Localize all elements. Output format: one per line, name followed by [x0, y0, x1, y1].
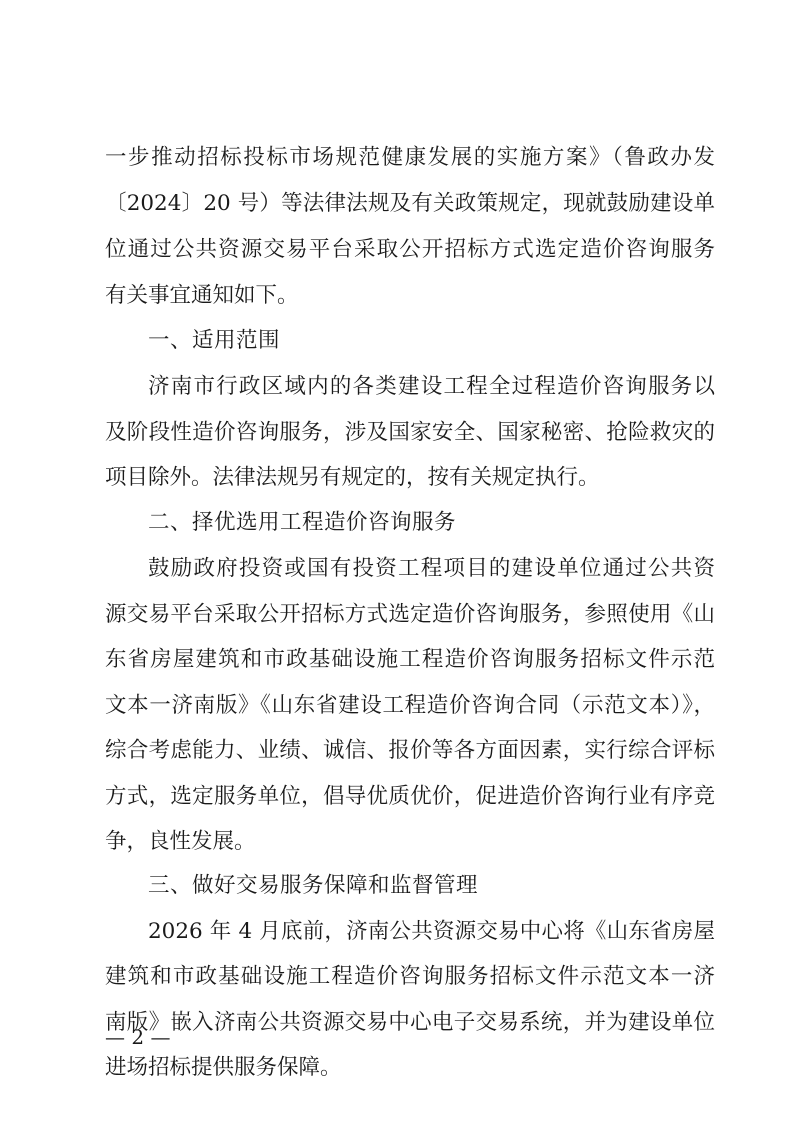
- section-heading-3: 三、做好交易服务保障和监督管理: [148, 871, 478, 901]
- section-1-line-1: 济南市行政区域内的各类建设工程全过程造价咨询服务以: [148, 372, 715, 402]
- section-2-line-3: 东省房屋建筑和市政基础设施工程造价咨询服务招标文件示范: [105, 645, 715, 675]
- document-page: 一步推动招标投标市场规范健康发展的实施方案》（鲁政办发 〔2024〕20 号）等…: [0, 0, 800, 1131]
- intro-line-2: 〔2024〕20 号）等法律法规及有关政策规定，现就鼓励建设单: [105, 189, 715, 219]
- intro-line-4: 有关事宜通知如下。: [105, 281, 715, 311]
- section-1-line-2: 及阶段性造价咨询服务，涉及国家安全、国家秘密、抢险救灾的: [105, 418, 715, 448]
- section-2-line-4: 文本一济南版》《山东省建设工程造价咨询合同（示范文本）》，: [105, 691, 715, 721]
- section-3-line-1: 2026 年 4 月底前，济南公共资源交易中心将《山东省房屋: [148, 917, 715, 947]
- intro-line-3: 位通过公共资源交易平台采取公开招标方式选定造价咨询服务: [105, 235, 715, 265]
- section-heading-1: 一、适用范围: [148, 326, 280, 356]
- intro-line-1: 一步推动招标投标市场规范健康发展的实施方案》（鲁政办发: [105, 143, 715, 173]
- page-number: — 2 —: [105, 1023, 170, 1051]
- section-3-line-2: 建筑和市政基础设施工程造价咨询服务招标文件示范文本一济: [105, 962, 715, 992]
- section-2-line-1: 鼓励政府投资或国有投资工程项目的建设单位通过公共资: [148, 554, 715, 584]
- section-2-line-5: 综合考虑能力、业绩、诚信、报价等各方面因素，实行综合评标: [105, 736, 715, 766]
- section-2-line-6: 方式，选定服务单位，倡导优质优价，促进造价咨询行业有序竞: [105, 782, 715, 812]
- section-3-line-3: 南版》嵌入济南公共资源交易中心电子交易系统，并为建设单位: [105, 1008, 715, 1038]
- section-2-line-2: 源交易平台采取公开招标方式选定造价咨询服务，参照使用《山: [105, 600, 715, 630]
- section-2-line-7: 争，良性发展。: [105, 827, 715, 857]
- section-3-line-4: 进场招标提供服务保障。: [105, 1053, 715, 1083]
- section-1-line-3: 项目除外。法律法规另有规定的，按有关规定执行。: [105, 463, 715, 493]
- section-heading-2: 二、择优选用工程造价咨询服务: [148, 508, 456, 538]
